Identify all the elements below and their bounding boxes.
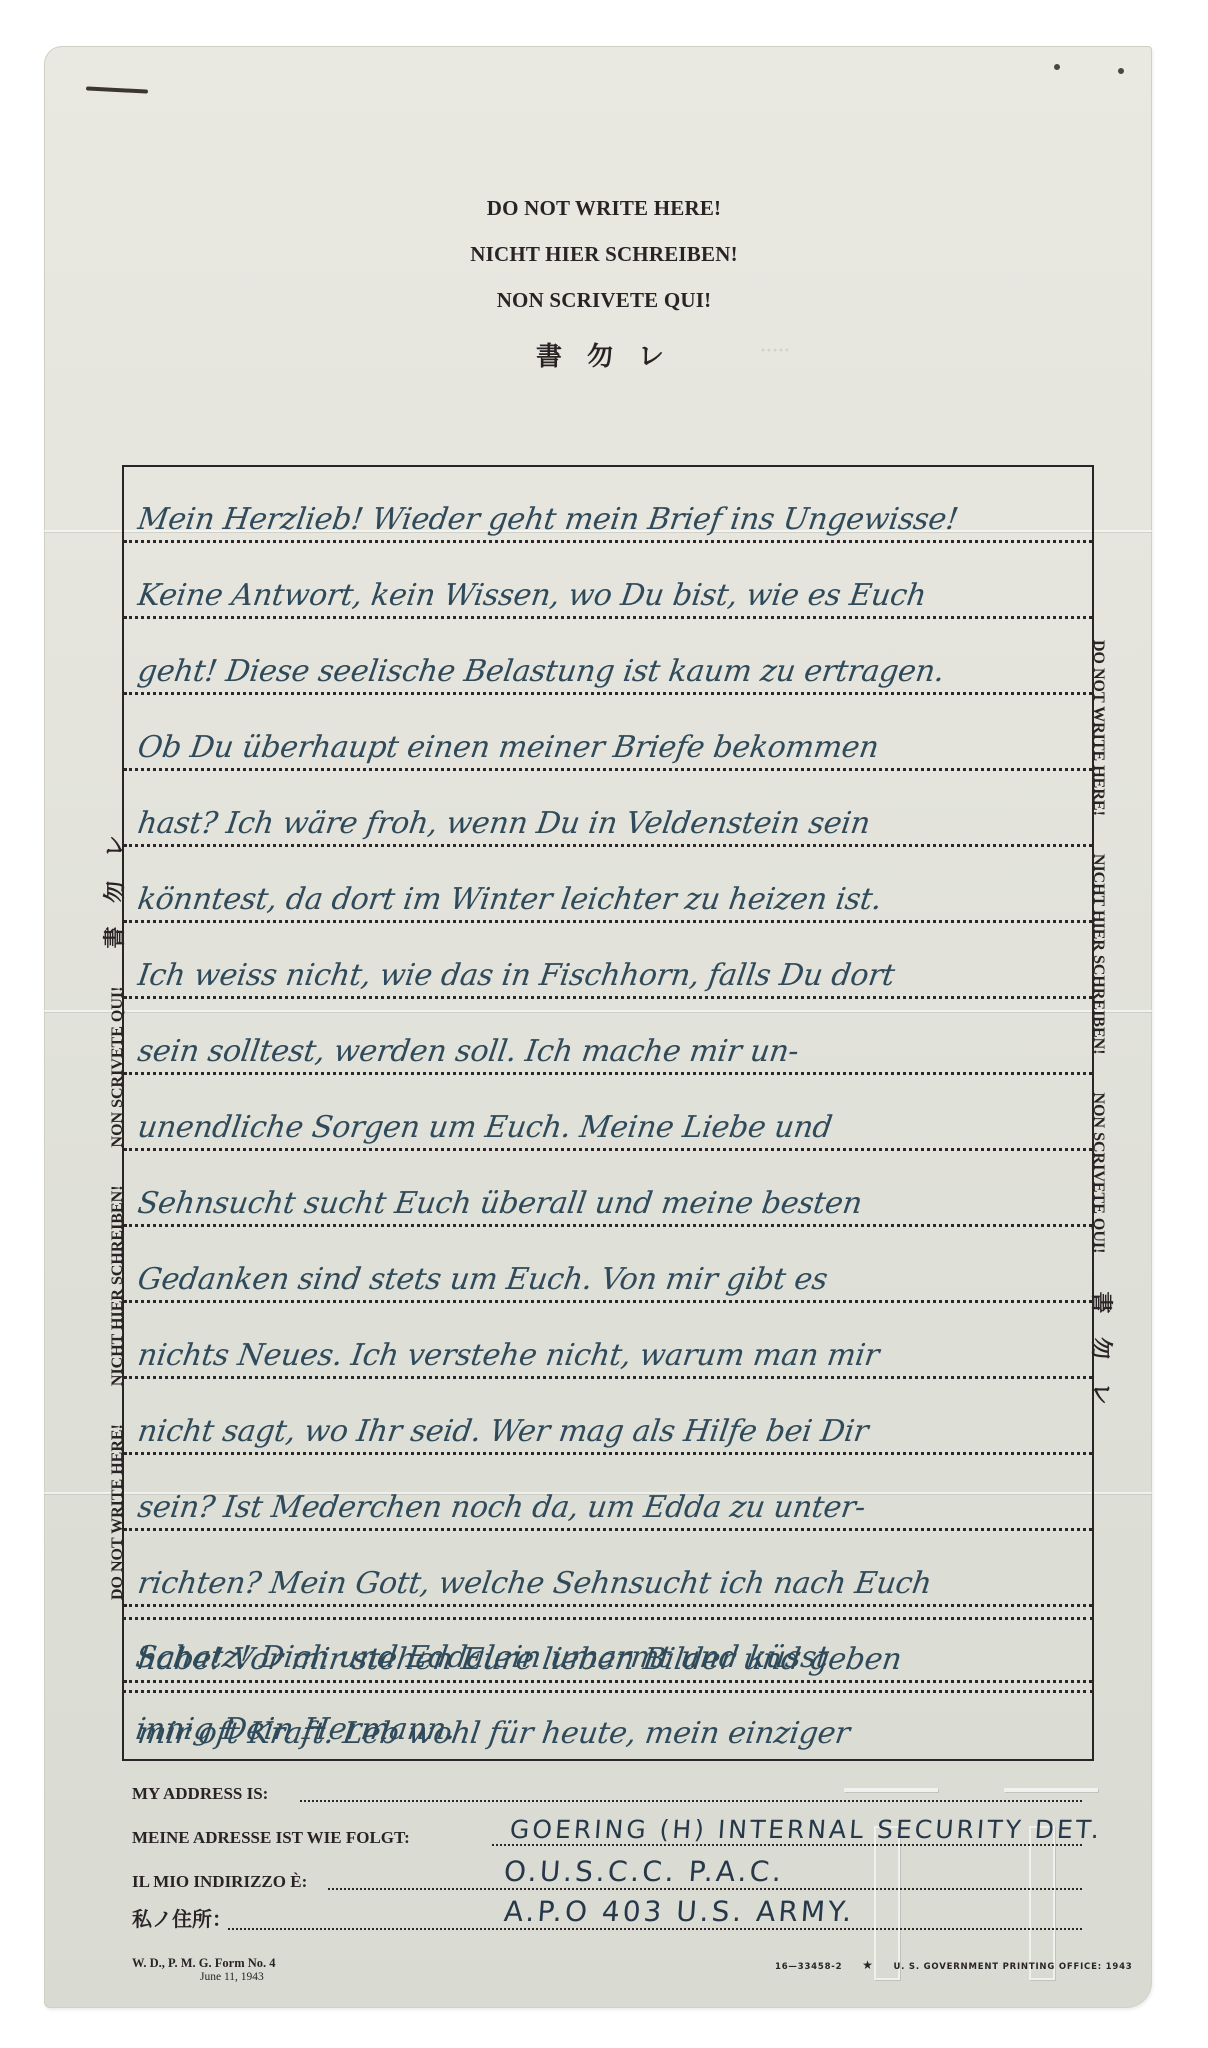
address-value: O.U.S.C.C. P.A.C.	[503, 1855, 785, 1888]
letter-rule	[122, 1617, 1094, 1620]
letter-line: Keine Antwort, kein Wissen, wo Du bist, …	[124, 543, 1092, 619]
address-field-italian: IL MIO INDIRIZZO È: O.U.S.C.C. P.A.C.	[132, 1864, 1082, 1894]
letter-rule	[122, 1690, 1094, 1693]
printer-imprint: 16—33458-2 ★ U. S. GOVERNMENT PRINTING O…	[775, 1958, 1133, 1972]
letter-writing-box: Mein Herzlieb! Wieder geht mein Brief in…	[122, 465, 1094, 1761]
address-field-german: MEINE ADRESSE IST WIE FOLGT: GOERING (H)…	[132, 1820, 1082, 1850]
form-date: June 11, 1943	[200, 1971, 264, 1983]
letter-line: nicht sagt, wo Ihr seid. Wer mag als Hil…	[124, 1379, 1092, 1455]
staple-hole	[1054, 64, 1060, 70]
address-field-english: MY ADDRESS IS:	[132, 1776, 1082, 1806]
header-warning: NON SCRIVETE QUI!	[0, 288, 1208, 313]
header-warning: DO NOT WRITE HERE!	[0, 196, 1208, 221]
address-value: GOERING (H) INTERNAL SECURITY DET.	[509, 1815, 1103, 1844]
address-field-japanese: 私ノ住所： A.P.O 403 U.S. ARMY.	[132, 1904, 1082, 1934]
header-warning-japanese: 書 勿 レ	[0, 336, 1208, 373]
letter-line: geht! Diese seelische Belastung ist kaum…	[124, 619, 1092, 695]
letter-signature: innig Dein Hermann.	[134, 1712, 739, 1747]
letter-line: hast? Ich wäre froh, wenn Du in Veldenst…	[124, 771, 1092, 847]
letter-line: Ich weiss nicht, wie das in Fischhorn, f…	[124, 923, 1092, 999]
letter-line: Mein Herzlieb! Wieder geht mein Brief in…	[124, 467, 1092, 543]
letter-line: sein? Ist Mederchen noch da, um Edda zu …	[124, 1455, 1092, 1531]
letter-line: nichts Neues. Ich verstehe nicht, warum …	[124, 1303, 1092, 1379]
letter-line: richten? Mein Gott, welche Sehnsucht ich…	[124, 1531, 1092, 1607]
letter-line: Sehnsucht sucht Euch überall und meine b…	[124, 1151, 1092, 1227]
staple-mark	[86, 86, 148, 93]
letter-line: unendliche Sorgen um Euch. Meine Liebe u…	[124, 1075, 1092, 1151]
staple-hole	[1118, 68, 1124, 74]
letter-line: Schatz! Dich und Eddalein umarmt und küs…	[134, 1640, 1089, 1675]
letter-line: sein solltest, werden soll. Ich mache mi…	[124, 999, 1092, 1075]
letter-line: Gedanken sind stets um Euch. Von mir gib…	[124, 1227, 1092, 1303]
address-value: A.P.O 403 U.S. ARMY.	[503, 1895, 856, 1928]
letter-line: Ob Du überhaupt einen meiner Briefe beko…	[124, 695, 1092, 771]
header-warning: NICHT HIER SCHREIBEN!	[0, 242, 1208, 267]
star-icon: ★	[862, 1958, 874, 1972]
form-number: W. D., P. M. G. Form No. 4	[132, 1956, 276, 1971]
letter-line: könntest, da dort im Winter leichter zu …	[124, 847, 1092, 923]
